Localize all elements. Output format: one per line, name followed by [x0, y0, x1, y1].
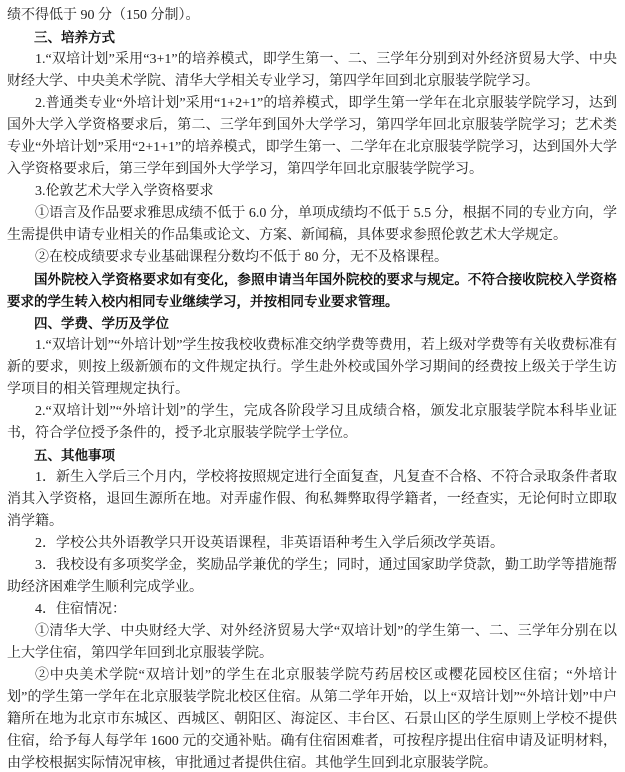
section-heading-training-method: 三、培养方式	[7, 27, 617, 49]
paragraph: 3．我校设有多项奖学金，奖励品学兼优的学生；同时，通过国家助学贷款，勤工助学等措…	[7, 555, 617, 599]
paragraph: 3.伦敦艺术大学入学资格要求	[7, 181, 617, 203]
paragraph: 1．新生入学后三个月内，学校将按照规定进行全面复查，凡复查不合格、不符合录取条件…	[7, 467, 617, 533]
bold-notice-paragraph: 国外院校入学资格要求如有变化，参照申请当年国外院校的要求与规定。不符合接收院校入…	[7, 269, 617, 313]
paragraph: ①清华大学、中央财经大学、对外经济贸易大学“双培计划”的学生第一、二、三学年分别…	[7, 621, 617, 665]
paragraph: ②中央美术学院“双培计划”的学生在北京服装学院芍药居校区或樱花园校区住宿；“外培…	[7, 665, 617, 772]
document-page: 绩不得低于 90 分（150 分制）。 三、培养方式 1.“双培计划”采用“3+…	[0, 0, 625, 772]
paragraph: 2.“双培计划”“外培计划”的学生，完成各阶段学习且成绩合格，颁发北京服装学院本…	[7, 401, 617, 445]
paragraph: 2.普通类专业“外培计划”采用“1+2+1”的培养模式，即学生第一学年在北京服装…	[7, 93, 617, 181]
paragraph: ①语言及作品要求雅思成绩不低于 6.0 分，单项成绩均不低于 5.5 分，根据不…	[7, 203, 617, 247]
paragraph-continuation: 绩不得低于 90 分（150 分制）。	[7, 5, 617, 27]
paragraph: 2．学校公共外语教学只开设英语课程，非英语语种考生入学后须改学英语。	[7, 533, 617, 555]
section-heading-other-matters: 五、其他事项	[7, 445, 617, 467]
paragraph: 1.“双培计划”“外培计划”学生按我校收费标准交纳学费等费用，若上级对学费等有关…	[7, 335, 617, 401]
paragraph: ②在校成绩要求专业基础课程分数均不低于 80 分，无不及格课程。	[7, 247, 617, 269]
section-heading-tuition-degree: 四、学费、学历及学位	[7, 313, 617, 335]
paragraph: 1.“双培计划”采用“3+1”的培养模式，即学生第一、二、三学年分别到对外经济贸…	[7, 49, 617, 93]
paragraph: 4．住宿情况：	[7, 599, 617, 621]
